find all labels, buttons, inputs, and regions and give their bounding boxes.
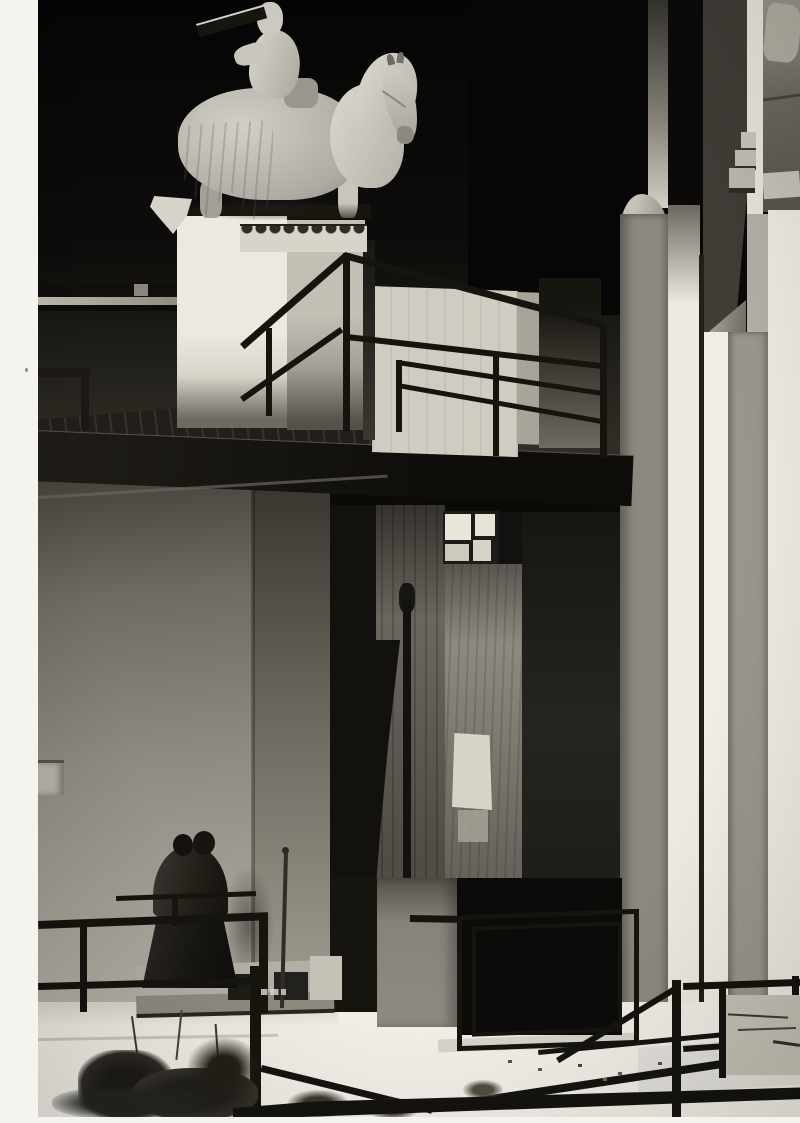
stone-light-band [762,171,800,200]
stone-block-highlight [762,2,800,63]
left-arm-beam [38,282,178,297]
window-pane-top-left [445,514,471,540]
left-arm-underline [38,305,178,311]
transom-window [443,511,499,564]
granular-pillar [620,214,668,1027]
concrete-pier [377,878,457,1027]
left-arm-notch [134,284,148,296]
bell-rail-mini-post [172,898,178,926]
bell-crown-lobe-right [193,831,215,855]
corbel-step-2 [735,150,756,170]
bell-rail-post-left [80,920,87,1012]
horse-muzzle [397,126,414,144]
nested-rail-inner [472,921,622,1036]
corbel-step-1 [741,132,756,152]
balcony-post-main [343,253,350,431]
white-strip-a [668,205,700,1030]
light-patch-on-planks [452,733,492,810]
white-strip-b [704,332,728,1032]
corbel-step-3 [729,168,755,193]
textured-strip [728,332,768,1013]
window-pane-top-right [475,514,495,536]
nested-rail-extension [410,915,460,923]
horse-ear-right [396,52,404,64]
debris-specks [508,1060,512,1063]
pedestal-scallop-frieze [240,224,367,252]
rubble-stones [726,995,800,1075]
weed-cluster-d [52,1086,212,1117]
light-patch-dim [458,810,488,842]
window-pane-bottom-right [473,540,491,561]
rod-finial [282,847,289,854]
window-pane-bottom-left [445,544,469,561]
photo-print: Black-and-white photograph of a brutalis… [0,0,800,1123]
left-arm-light-sliver [38,297,178,305]
photographer-inscription [260,989,286,995]
border-speck [25,368,28,372]
black-gap-strip [668,0,703,212]
transition-strip [747,214,768,336]
walkway-step-light [310,956,342,1000]
balcony-post-mid [493,356,499,456]
far-left-rail-post [81,368,89,430]
balcony-post-right [600,322,607,458]
bell-crown-lobe-left [173,834,193,856]
balcony-post-small [396,360,402,432]
arch-jamb-shadow [330,505,376,925]
door-handle-strip [403,600,411,920]
platform-slot-right [274,972,308,1000]
photograph [38,0,800,1117]
wall-ledge [38,760,64,795]
weed-cluster-c [188,1038,260,1100]
balcony-post-corner [266,328,272,416]
light-sliver-upper [648,0,668,208]
white-strip-c [768,210,800,1050]
panel-mid-strip [517,292,540,445]
